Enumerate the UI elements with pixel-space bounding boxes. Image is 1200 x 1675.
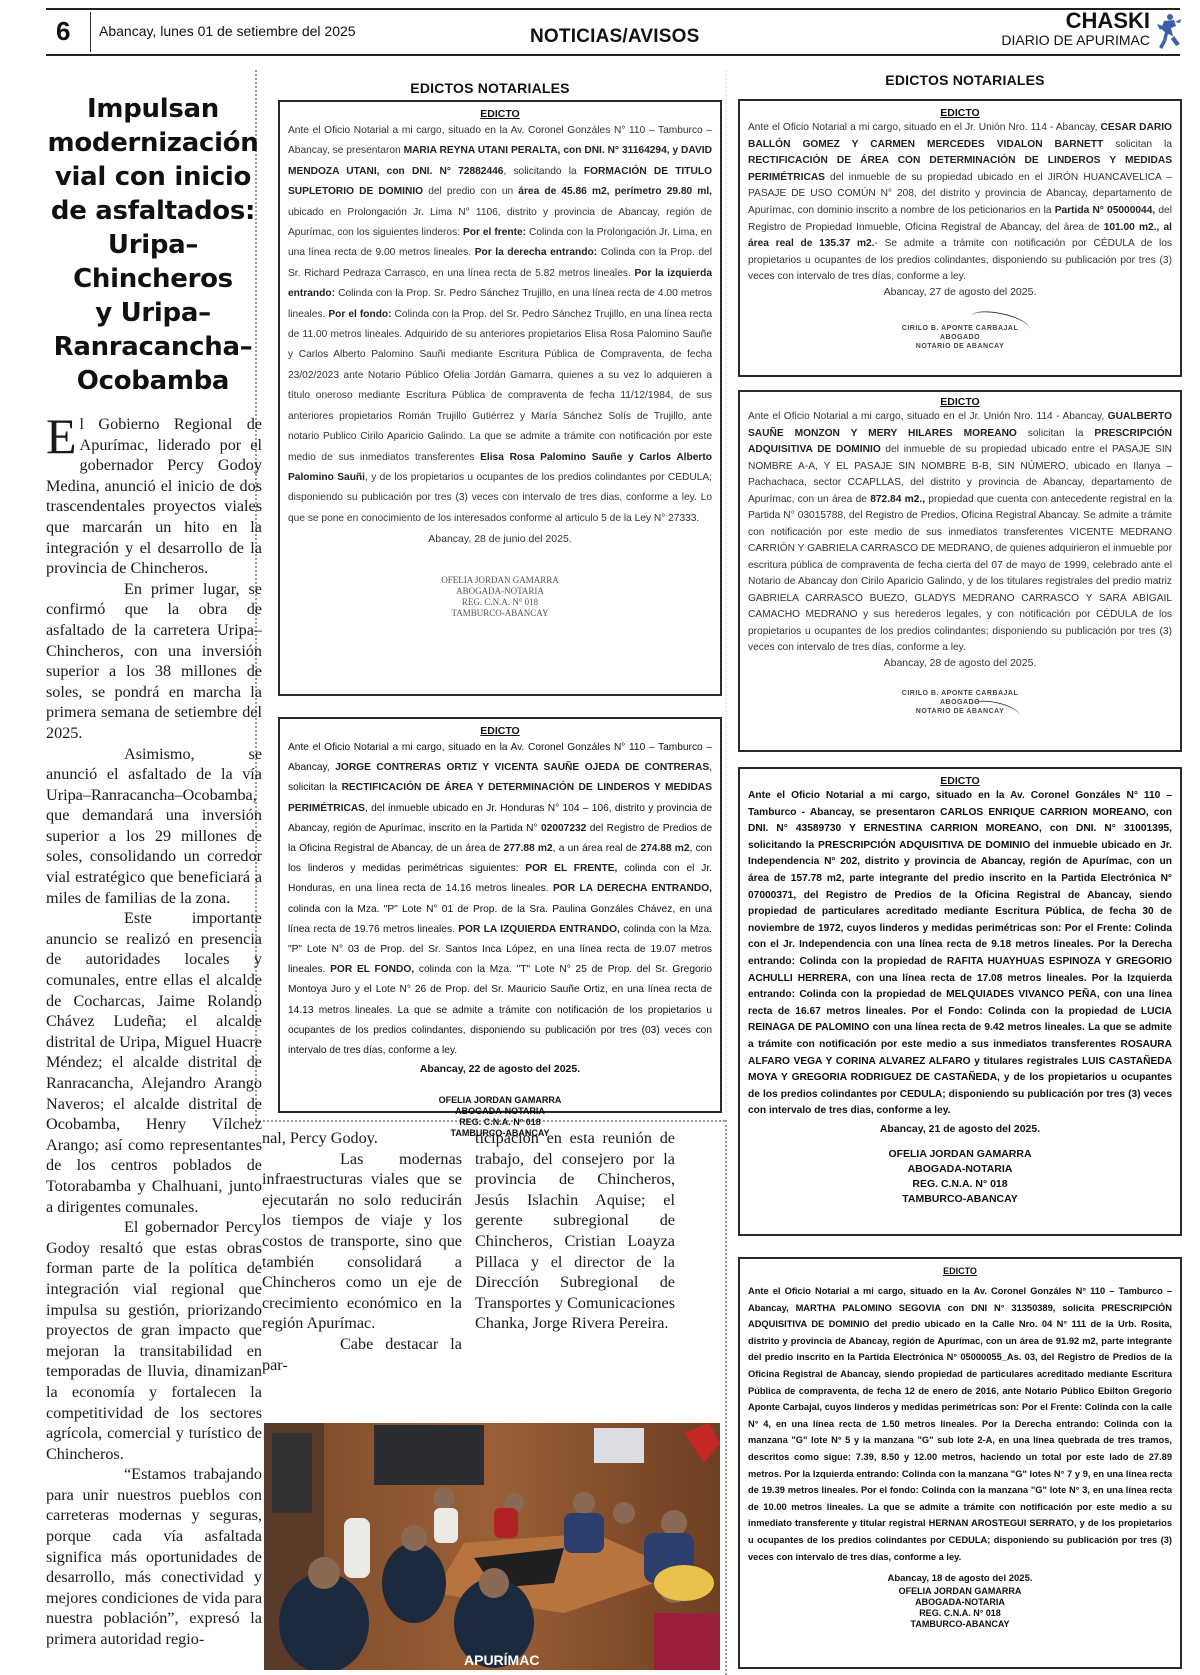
edict-signature: OFELIA JORDAN GAMARRA ABOGADA-NOTARIA RE… bbox=[748, 1586, 1172, 1630]
edict-notice: EDICTO Ante el Oficio Notarial a mi carg… bbox=[738, 1257, 1182, 1669]
stamp-line: ABOGADO bbox=[748, 698, 1172, 707]
headline-line: Ranracancha– bbox=[44, 330, 262, 364]
headline-line: Uripa– bbox=[44, 228, 262, 262]
edict-title: EDICTO bbox=[748, 775, 1172, 787]
edicts-section-title-right: EDICTOS NOTARIALES bbox=[740, 72, 1190, 88]
paragraph-text: l Gobierno Regional de Apurímac, liderad… bbox=[46, 415, 262, 577]
headline-line: vial con inicio bbox=[44, 160, 262, 194]
signature-line: OFELIA JORDAN GAMARRA bbox=[288, 575, 712, 586]
drop-cap: E bbox=[46, 416, 77, 456]
signature-line: REG. C.N.A. N° 018 bbox=[748, 1177, 1172, 1192]
edict-notice: EDICTO Ante el Oficio Notarial a mi carg… bbox=[738, 390, 1182, 752]
signature-line: OFELIA JORDAN GAMARRA bbox=[748, 1586, 1172, 1597]
edict-body: Ante el Oficio Notarial a mi cargo, situ… bbox=[748, 788, 1172, 1120]
edict-date: Abancay, 27 de agosto del 2025. bbox=[748, 286, 1172, 298]
edict-date: Abancay, 28 de agosto del 2025. bbox=[748, 657, 1172, 669]
brand-subtitle: DIARIO DE APURIMAC bbox=[1001, 32, 1150, 48]
stamp-line: CIRILO B. APONTE CARBAJAL bbox=[748, 689, 1172, 698]
article-paragraph: Este importante anuncio se realizó en pr… bbox=[46, 908, 262, 1217]
stamp-line: NOTARIO DE ABANCAY bbox=[748, 342, 1172, 351]
page-number: 6 bbox=[56, 16, 70, 47]
edict-notice: EDICTO Ante el Oficio Notarial a mi carg… bbox=[278, 717, 722, 1113]
chaski-runner-icon bbox=[1154, 12, 1182, 50]
edict-body: Ante el Oficio Notarial a mi cargo, situ… bbox=[288, 121, 712, 529]
stamp-line: CIRILO B. APONTE CARBAJAL bbox=[748, 324, 1172, 333]
signature-line: ABOGADA-NOTARIA bbox=[288, 586, 712, 597]
signature-line: REG. C.N.A. N° 018 bbox=[748, 1608, 1172, 1619]
headline-line: modernización bbox=[44, 126, 262, 160]
article-paragraph: El Gobierno Regional de Apurímac, lidera… bbox=[46, 414, 262, 579]
signature-line: ABOGADA-NOTARIA bbox=[748, 1162, 1172, 1177]
header-bottom-rule bbox=[46, 54, 1180, 56]
article-paragraph: “Estamos trabajando para unir nuestros p… bbox=[46, 1464, 262, 1649]
edict-signature: CIRILO B. APONTE CARBAJAL ABOGADO NOTARI… bbox=[748, 689, 1172, 716]
signature-line: ABOGADA-NOTARIA bbox=[288, 1106, 712, 1117]
article-paragraph: El gobernador Percy Godoy resaltó que es… bbox=[46, 1217, 262, 1464]
article-paragraph: Las modernas infraestructuras viales que… bbox=[262, 1149, 462, 1334]
edict-body: Ante el Oficio Notarial a mi cargo, situ… bbox=[748, 120, 1172, 286]
article-column-1: El Gobierno Regional de Apurímac, lidera… bbox=[46, 414, 262, 1650]
edict-date: Abancay, 18 de agosto del 2025. bbox=[748, 1573, 1172, 1584]
stamp-line: ABOGADO bbox=[748, 333, 1172, 342]
brand-name: CHASKI bbox=[1001, 10, 1150, 32]
edicts-section-title-left: EDICTOS NOTARIALES bbox=[270, 80, 710, 96]
edict-signature: OFELIA JORDAN GAMARRA ABOGADA-NOTARIA RE… bbox=[748, 1147, 1172, 1207]
edict-title: EDICTO bbox=[748, 107, 1172, 119]
edict-title: EDICTO bbox=[748, 396, 1172, 408]
edict-title: EDICTO bbox=[748, 1265, 1172, 1277]
edict-title: EDICTO bbox=[288, 725, 712, 737]
stamp-line: NOTARIO DE ABANCAY bbox=[748, 707, 1172, 716]
signature-line: OFELIA JORDAN GAMARRA bbox=[288, 1095, 712, 1106]
edict-signature: CIRILO B. APONTE CARBAJAL ABOGADO NOTARI… bbox=[748, 324, 1172, 351]
column-separator bbox=[725, 70, 727, 1120]
edict-signature: OFELIA JORDAN GAMARRA ABOGADA-NOTARIA RE… bbox=[288, 575, 712, 619]
article-paragraph: ticipación en esta reunión de trabajo, d… bbox=[475, 1128, 675, 1334]
signature-line: TAMBURCO-ABANCAY bbox=[748, 1619, 1172, 1630]
edict-title: EDICTO bbox=[288, 108, 712, 120]
headline-line: Chincheros bbox=[44, 262, 262, 296]
edict-notice: EDICTO Ante el Oficio Notarial a mi carg… bbox=[738, 767, 1182, 1236]
edict-notice: EDICTO Ante el Oficio Notarial a mi carg… bbox=[738, 99, 1182, 377]
article-column-3: ticipación en esta reunión de trabajo, d… bbox=[475, 1128, 675, 1334]
headline-line: y Uripa– bbox=[44, 296, 262, 330]
column-separator bbox=[725, 1120, 727, 1675]
photo-watermark: APURÍMAC bbox=[464, 1652, 539, 1668]
headline-line: Impulsan bbox=[44, 92, 262, 126]
signature-line: TAMBURCO-ABANCAY bbox=[748, 1192, 1172, 1207]
edict-notice: EDICTO Ante el Oficio Notarial a mi carg… bbox=[278, 100, 722, 696]
edict-signature: OFELIA JORDAN GAMARRA ABOGADA-NOTARIA RE… bbox=[288, 1095, 712, 1139]
article-paragraph: Cabe destacar la par- bbox=[262, 1334, 462, 1375]
section-title: NOTICIAS/AVISOS bbox=[530, 26, 699, 48]
signature-line: TAMBURCO-ABANCAY bbox=[288, 1128, 712, 1139]
signature-line: TAMBURCO-ABANCAY bbox=[288, 608, 712, 619]
edict-date: Abancay, 22 de agosto del 2025. bbox=[288, 1063, 712, 1075]
meeting-photo-illustration: APURÍMAC bbox=[264, 1423, 720, 1670]
signature-line: REG. C.N.A. N° 018 bbox=[288, 1117, 712, 1128]
article-column-2: nal, Percy Godoy. Las modernas infraestr… bbox=[262, 1128, 462, 1375]
edict-date: Abancay, 21 de agosto del 2025. bbox=[748, 1123, 1172, 1135]
headline-line: de asfaltados: bbox=[44, 194, 262, 228]
article-photo: APURÍMAC bbox=[264, 1423, 720, 1670]
edict-body: Ante el Oficio Notarial a mi cargo, situ… bbox=[748, 1283, 1172, 1565]
signature-line: OFELIA JORDAN GAMARRA bbox=[748, 1147, 1172, 1162]
headline-line: Ocobamba bbox=[44, 364, 262, 398]
edict-date: Abancay, 28 de junio del 2025. bbox=[288, 533, 712, 545]
header-divider bbox=[90, 12, 91, 52]
edict-body: Ante el Oficio Notarial a mi cargo, situ… bbox=[288, 738, 712, 1061]
masthead-brand: CHASKI DIARIO DE APURIMAC bbox=[1001, 10, 1150, 48]
article-headline: Impulsan modernización vial con inicio d… bbox=[44, 92, 262, 398]
signature-line: REG. C.N.A. N° 018 bbox=[288, 597, 712, 608]
signature-line: ABOGADA-NOTARIA bbox=[748, 1597, 1172, 1608]
article-paragraph: Asimismo, se anunció el asfaltado de la … bbox=[46, 744, 262, 909]
article-paragraph: En primer lugar, se confirmó que la obra… bbox=[46, 579, 262, 744]
issue-date: Abancay, lunes 01 de setiembre del 2025 bbox=[99, 23, 356, 39]
edict-body: Ante el Oficio Notarial a mi cargo, situ… bbox=[748, 409, 1172, 657]
